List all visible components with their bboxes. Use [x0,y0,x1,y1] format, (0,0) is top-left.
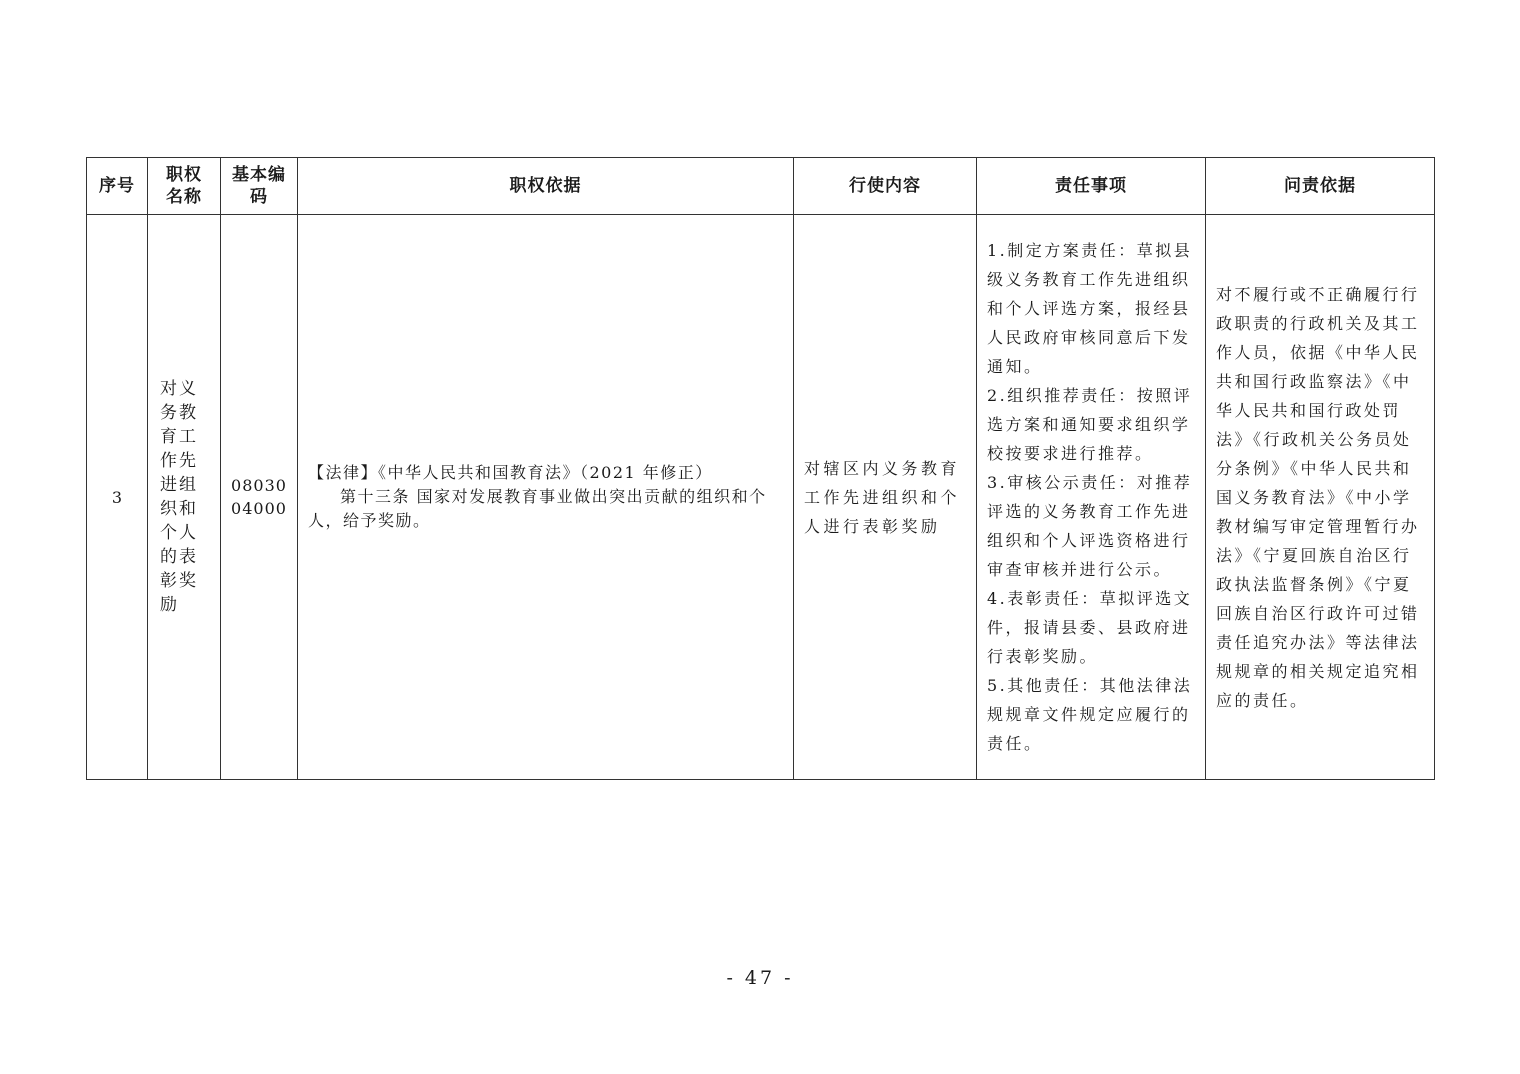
header-power-name-label: 职权名称 [164,164,204,208]
header-responsibilities: 责任事项 [977,158,1206,215]
header-exercise-content: 行使内容 [794,158,977,215]
header-accountability-basis: 问责依据 [1206,158,1435,215]
header-basic-code-label: 基本编码 [229,164,289,208]
cell-power-name: 对义务教育工作先进组织和个人的表彰奖励 [148,215,221,780]
header-power-basis: 职权依据 [298,158,794,215]
power-name-text: 对义务教育工作先进组织和个人的表彰奖励 [160,377,204,617]
document-page: 序号 职权名称 基本编码 职权依据 行使内容 责任事项 问责依据 3 对义务教育… [0,0,1520,1074]
responsibility-item: 1.制定方案责任：草拟县级义务教育工作先进组织和个人评选方案，报经县人民政府审核… [987,236,1197,381]
responsibility-item: 2.组织推荐责任：按照评选方案和通知要求组织学校按要求进行推荐。 [987,381,1197,468]
header-seq: 序号 [87,158,148,215]
cell-seq: 3 [87,215,148,780]
cell-accountability-basis: 对不履行或不正确履行行政职责的行政机关及其工作人员，依据《中华人民共和国行政监察… [1206,215,1435,780]
responsibility-item: 3.审核公示责任：对推荐评选的义务教育工作先进组织和个人评选资格进行审查审核并进… [987,468,1197,584]
header-power-name: 职权名称 [148,158,221,215]
power-basis-article: 第十三条 国家对发展教育事业做出突出贡献的组织和个人，给予奖励。 [308,485,783,533]
power-responsibility-table: 序号 职权名称 基本编码 职权依据 行使内容 责任事项 问责依据 3 对义务教育… [86,157,1435,780]
basic-code-line1: 08030 [221,474,297,497]
basic-code-line2: 04000 [221,497,297,520]
cell-power-basis: 【法律】《中华人民共和国教育法》（2021 年修正） 第十三条 国家对发展教育事… [298,215,794,780]
cell-exercise-content: 对辖区内义务教育工作先进组织和个人进行表彰奖励 [794,215,977,780]
table-header-row: 序号 职权名称 基本编码 职权依据 行使内容 责任事项 问责依据 [87,158,1435,215]
power-basis-law-title: 【法律】《中华人民共和国教育法》（2021 年修正） [308,461,783,485]
responsibility-item: 4.表彰责任：草拟评选文件，报请县委、县政府进行表彰奖励。 [987,584,1197,671]
cell-basic-code: 08030 04000 [221,215,298,780]
table-row: 3 对义务教育工作先进组织和个人的表彰奖励 08030 04000 【法律】《中… [87,215,1435,780]
cell-responsibilities: 1.制定方案责任：草拟县级义务教育工作先进组织和个人评选方案，报经县人民政府审核… [977,215,1206,780]
header-basic-code: 基本编码 [221,158,298,215]
responsibility-item: 5.其他责任：其他法律法规规章文件规定应履行的责任。 [987,671,1197,758]
page-number: - 47 - [0,967,1520,989]
